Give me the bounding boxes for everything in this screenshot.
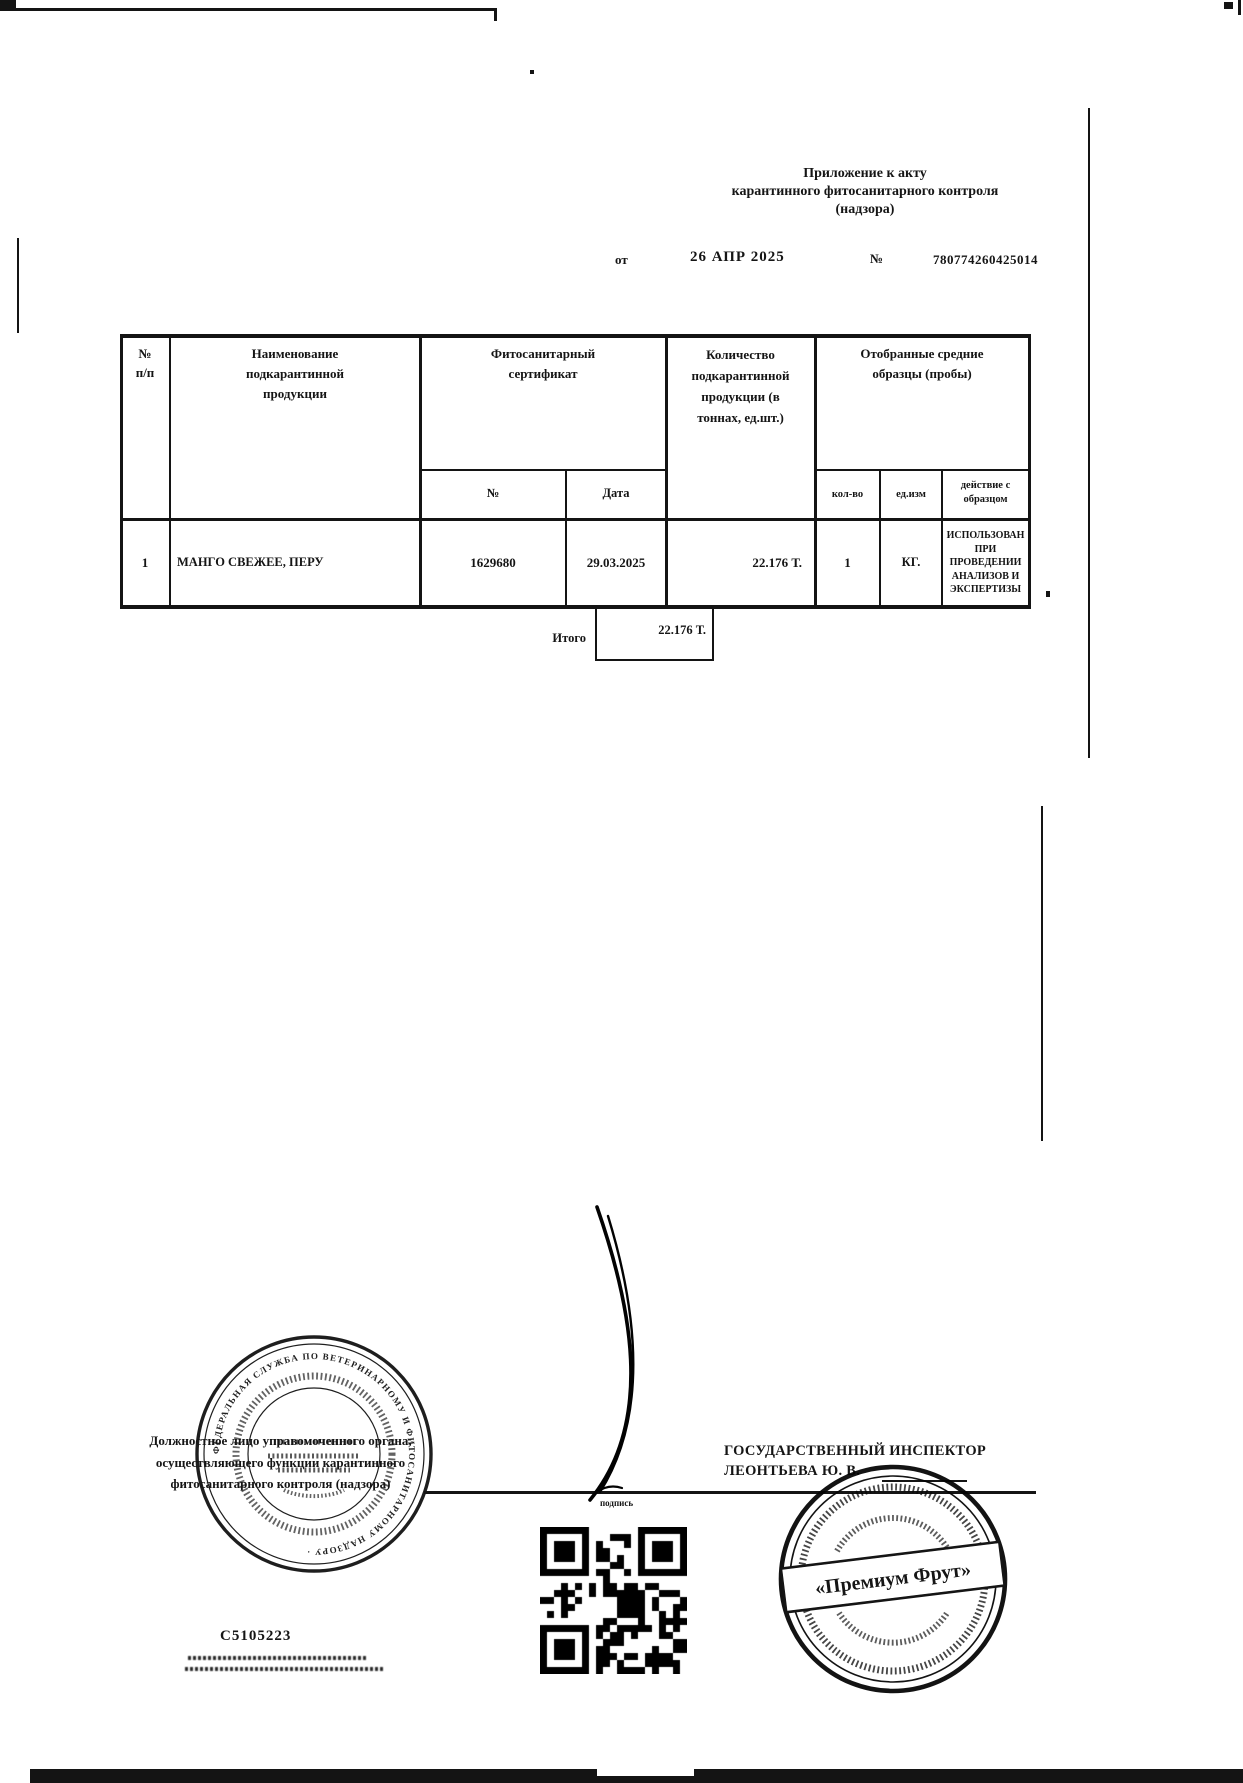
table-border [120, 605, 1031, 609]
scan-artifact-top-rule-hook [494, 8, 497, 21]
col-header-quantity: Количество подкарантинной продукции (в т… [670, 344, 811, 428]
subheader-cert-date: Дата [567, 486, 665, 501]
table-border [169, 335, 171, 608]
qr-code [540, 1527, 687, 1674]
scan-artifact-left-line [17, 238, 19, 333]
scan-artifact-top-right-tick [1238, 0, 1241, 15]
table-border [120, 518, 1031, 521]
subheader-sample-action: действие с образцом [943, 479, 1028, 507]
cell-sample-qty: 1 [816, 555, 879, 571]
stamp-code: С5105223 [220, 1628, 291, 1645]
table-border [419, 469, 668, 471]
appendix-line-1: Приложение к акту [640, 165, 1090, 183]
cell-product: МАНГО СВЕЖЕЕ, ПЕРУ [177, 555, 417, 570]
scan-artifact-right-line-lower [1041, 806, 1043, 1141]
subheader-sample-unit: ед.изм [881, 489, 941, 500]
scan-artifact-dot-1 [530, 70, 534, 74]
fine-print-line [188, 1656, 366, 1660]
table-border [665, 335, 668, 608]
cell-cert-no: 1629680 [421, 555, 565, 571]
cell-quantity: 22.176 Т. [670, 555, 802, 571]
cell-sample-action: ИСПОЛЬЗОВАН ПРИ ПРОВЕДЕНИИ АНАЛИЗОВ И ЭК… [942, 529, 1029, 597]
official-line-2: осуществляющего функции карантинного [118, 1452, 443, 1474]
scan-artifact-top-right-dot [1224, 2, 1233, 9]
scan-artifact-top-rule [0, 8, 497, 11]
subheader-cert-no: № [421, 486, 565, 501]
total-value: 22.176 Т. [658, 623, 706, 638]
scan-artifact-dot-2 [1046, 591, 1050, 597]
cell-num: 1 [121, 555, 169, 571]
official-role-text: Должностное лицо управомоченного органа,… [118, 1430, 443, 1495]
company-round-stamp: «Премиум Фрут» [773, 1455, 1013, 1703]
number-value: 780774260425014 [933, 252, 1038, 268]
cell-sample-unit: КГ. [881, 555, 941, 570]
handwritten-signature [470, 1192, 700, 1512]
col-header-num: № п/п [121, 344, 169, 382]
number-label: № [870, 251, 883, 267]
cell-cert-date: 29.03.2025 [567, 555, 665, 571]
total-label: Итого [508, 631, 586, 646]
col-header-product: Наименование подкарантинной продукции [174, 344, 416, 404]
date-stamp: 26 АПР 2025 [690, 249, 785, 266]
total-box: 22.176 Т. [595, 609, 714, 661]
appendix-line-2: карантинного фитосанитарного контроля [640, 183, 1090, 201]
table-border [814, 469, 1031, 471]
from-label: от [615, 252, 628, 268]
table-border [120, 334, 1031, 338]
subheader-sample-qty: кол-во [816, 489, 879, 500]
col-header-samples: Отобранные средние образцы (пробы) [818, 344, 1026, 384]
col-header-certificate: Фитосанитарный сертификат [424, 344, 662, 384]
official-line-1: Должностное лицо управомоченного органа, [118, 1430, 443, 1452]
scan-artifact-bottom-bar-notch [597, 1769, 694, 1776]
official-line-3: фитосанитарного контроля (надзора) [118, 1473, 443, 1495]
scanned-document-page: Приложение к акту карантинного фитосанит… [0, 0, 1243, 1783]
appendix-header: Приложение к акту карантинного фитосанит… [640, 165, 1090, 219]
appendix-line-3: (надзора) [640, 201, 1090, 219]
fine-print-line [185, 1667, 385, 1671]
